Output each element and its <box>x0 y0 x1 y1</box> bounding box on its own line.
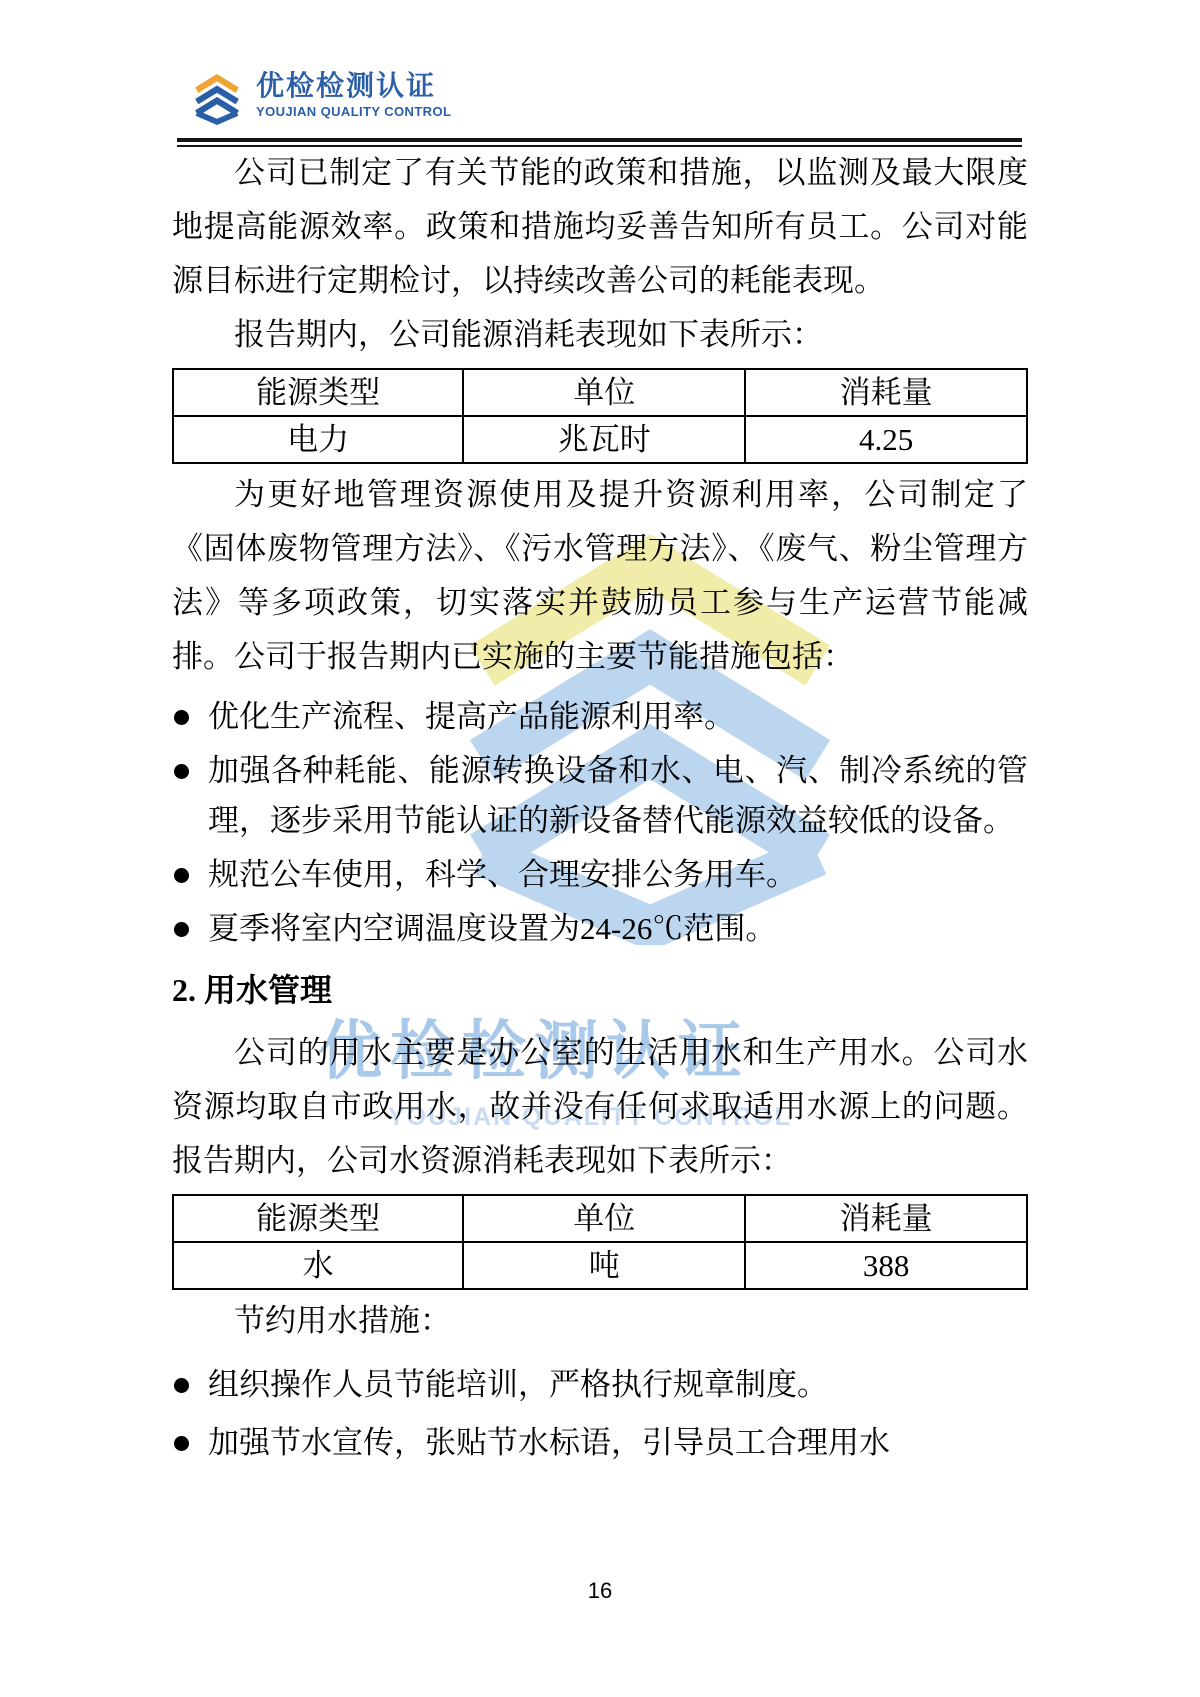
page-number: 16 <box>0 1578 1200 1604</box>
bullet-icon <box>172 692 208 742</box>
table-cell-energy-type: 电力 <box>173 416 463 463</box>
list-item-text: 优化生产流程、提高产品能源利用率。 <box>208 692 1028 742</box>
table-header-row: 能源类型 单位 消耗量 <box>173 369 1027 416</box>
table-header-unit: 单位 <box>463 1195 745 1242</box>
logo-subtitle: YOUJIAN QUALITY CONTROL <box>256 104 451 120</box>
list-item-text: 夏季将室内空调温度设置为24-26℃范围。 <box>208 904 1028 954</box>
list-item: 优化生产流程、提高产品能源利用率。 <box>172 692 1028 742</box>
table-header-energy-type: 能源类型 <box>173 1195 463 1242</box>
paragraph-energy-policy: 公司已制定了有关节能的政策和措施，以监测及最大限度地提高能源效率。政策和措施均妥… <box>172 146 1028 308</box>
header-divider <box>177 138 1022 147</box>
table-header-consumption: 消耗量 <box>745 1195 1027 1242</box>
table-row: 电力 兆瓦时 4.25 <box>173 416 1027 463</box>
table-cell-energy-type: 水 <box>173 1242 463 1289</box>
document-page: 优检检测认证 YOUJIAN QUALITY CONTROL 优检检测认证 YO… <box>0 0 1200 1697</box>
bullet-icon <box>172 850 208 900</box>
document-body: 公司已制定了有关节能的政策和措施，以监测及最大限度地提高能源效率。政策和措施均妥… <box>172 146 1028 1472</box>
paragraph-water-saving-intro: 节约用水措施： <box>172 1294 1028 1348</box>
table-header-energy-type: 能源类型 <box>173 369 463 416</box>
list-item-text: 组织操作人员节能培训，严格执行规章制度。 <box>208 1360 1028 1410</box>
bullet-icon <box>172 904 208 954</box>
water-measures-list: 组织操作人员节能培训，严格执行规章制度。 加强节水宣传，张贴节水标语，引导员工合… <box>172 1360 1028 1468</box>
list-item: 组织操作人员节能培训，严格执行规章制度。 <box>172 1360 1028 1410</box>
table-cell-consumption: 388 <box>745 1242 1027 1289</box>
table-row: 水 吨 388 <box>173 1242 1027 1289</box>
company-logo: 优检检测认证 YOUJIAN QUALITY CONTROL <box>191 70 451 126</box>
table-header-row: 能源类型 单位 消耗量 <box>173 1195 1027 1242</box>
paragraph-resource-policies: 为更好地管理资源使用及提升资源利用率，公司制定了《固体废物管理方法》、《污水管理… <box>172 468 1028 684</box>
paragraph-water-usage: 公司的用水主要是办公室的生活用水和生产用水。公司水资源均取自市政用水，故并没有任… <box>172 1026 1028 1188</box>
energy-measures-list: 优化生产流程、提高产品能源利用率。 加强各种耗能、能源转换设备和水、电、汽、制冷… <box>172 692 1028 954</box>
logo-title: 优检检测认证 <box>256 70 451 102</box>
logo-text-block: 优检检测认证 YOUJIAN QUALITY CONTROL <box>256 70 451 120</box>
water-consumption-table: 能源类型 单位 消耗量 水 吨 388 <box>172 1194 1028 1290</box>
bullet-icon <box>172 746 208 796</box>
logo-cube-icon <box>191 70 243 126</box>
table-header-unit: 单位 <box>463 369 745 416</box>
list-item-text: 规范公车使用，科学、合理安排公务用车。 <box>208 850 1028 900</box>
list-item: 规范公车使用，科学、合理安排公务用车。 <box>172 850 1028 900</box>
list-item: 加强节水宣传，张贴节水标语，引导员工合理用水 <box>172 1418 1028 1468</box>
bullet-icon <box>172 1418 208 1468</box>
table-cell-unit: 吨 <box>463 1242 745 1289</box>
list-item: 夏季将室内空调温度设置为24-26℃范围。 <box>172 904 1028 954</box>
energy-consumption-table: 能源类型 单位 消耗量 电力 兆瓦时 4.25 <box>172 368 1028 464</box>
table-cell-unit: 兆瓦时 <box>463 416 745 463</box>
paragraph-energy-table-intro: 报告期内，公司能源消耗表现如下表所示： <box>172 308 1028 362</box>
list-item-text: 加强节水宣传，张贴节水标语，引导员工合理用水 <box>208 1418 1028 1468</box>
table-cell-consumption: 4.25 <box>745 416 1027 463</box>
section-title-water-management: 2. 用水管理 <box>172 968 1028 1012</box>
list-item: 加强各种耗能、能源转换设备和水、电、汽、制冷系统的管理，逐步采用节能认证的新设备… <box>172 746 1028 846</box>
bullet-icon <box>172 1360 208 1410</box>
list-item-text: 加强各种耗能、能源转换设备和水、电、汽、制冷系统的管理，逐步采用节能认证的新设备… <box>208 746 1028 846</box>
table-header-consumption: 消耗量 <box>745 369 1027 416</box>
